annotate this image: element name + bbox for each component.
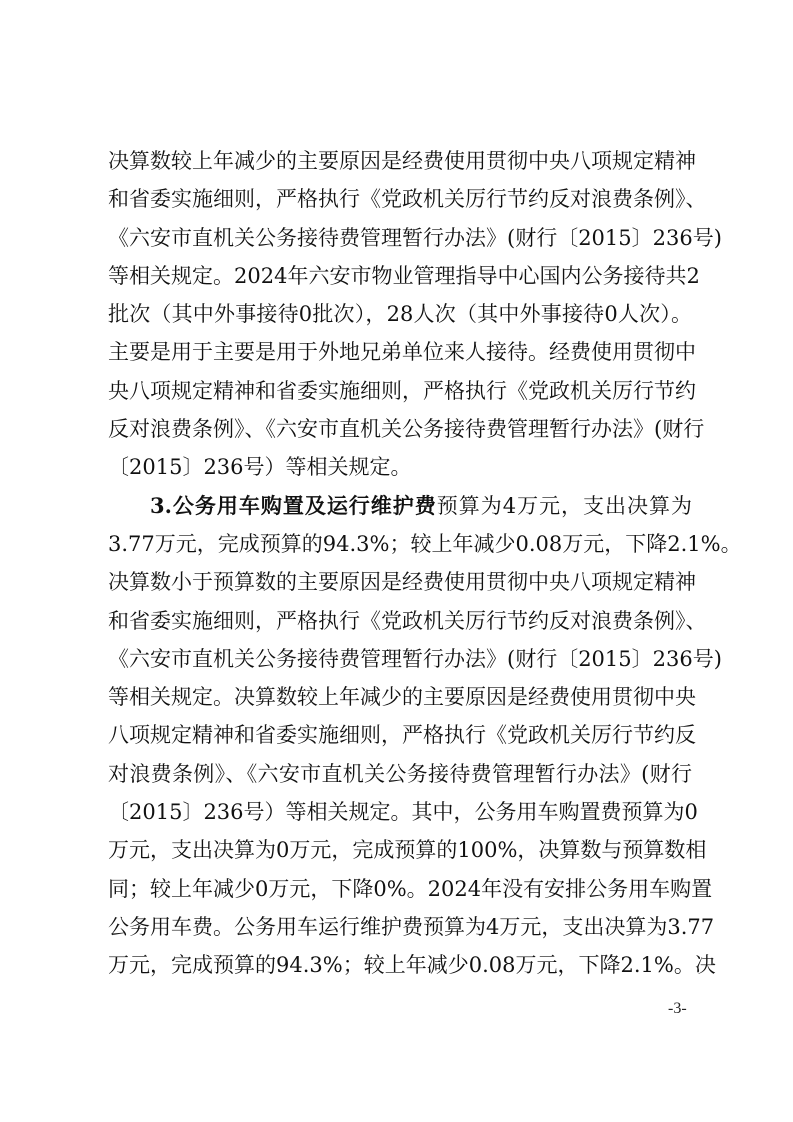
text-line: 公务用车费。公务用车运行维护费预算为4万元，支出决算为3.77 [108,908,692,946]
section-heading: 3.公务用车购置及运行维护费 [150,493,437,518]
text-line: 〔2015〕236号）等相关规定。 [108,448,692,486]
document-page: 决算数较上年减少的主要原因是经费使用贯彻中央八项规定精神 和省委实施细则，严格执… [0,0,793,1122]
text-line: 3.77万元，完成预算的94.3%；较上年减少0.08万元，下降2.1%。 [108,525,692,563]
text-line: 等相关规定。2024年六安市物业管理指导中心国内公务接待共2 [108,257,692,295]
text-line: 和省委实施细则，严格执行《党政机关厉行节约反对浪费条例》、 [108,180,692,218]
text-line: 决算数小于预算数的主要原因是经费使用贯彻中央八项规定精神 [108,563,692,601]
text-line: 八项规定精神和省委实施细则，严格执行《党政机关厉行节约反 [108,716,692,754]
text-line: 主要是用于主要是用于外地兄弟单位来人接待。经费使用贯彻中 [108,333,692,371]
text-line: 批次（其中外事接待0批次），28人次（其中外事接待0人次）。 [108,295,692,333]
section-first-line: 3.公务用车购置及运行维护费预算为4万元，支出决算为 [108,487,692,525]
text-line: 万元，支出决算为0万元，完成预算的100%，决算数与预算数相 [108,831,692,869]
text-line: 万元，完成预算的94.3%；较上年减少0.08万元，下降2.1%。决 [108,946,692,984]
text-line: 对浪费条例》、《六安市直机关公务接待费管理暂行办法》(财行 [108,755,692,793]
page-number: -3- [668,1000,687,1018]
text-run: 预算为4万元，支出决算为 [437,494,692,518]
text-line: 〔2015〕236号）等相关规定。其中，公务用车购置费预算为0 [108,793,692,831]
text-line: 和省委实施细则，严格执行《党政机关厉行节约反对浪费条例》、 [108,602,692,640]
text-line: 反对浪费条例》、《六安市直机关公务接待费管理暂行办法》(财行 [108,410,692,448]
document-body: 决算数较上年减少的主要原因是经费使用贯彻中央八项规定精神 和省委实施细则，严格执… [108,142,692,985]
text-line: 央八项规定精神和省委实施细则，严格执行《党政机关厉行节约 [108,372,692,410]
text-line: 《六安市直机关公务接待费管理暂行办法》(财行〔2015〕236号) [108,640,692,678]
text-line: 等相关规定。决算数较上年减少的主要原因是经费使用贯彻中央 [108,678,692,716]
text-line: 同；较上年减少0万元，下降0%。2024年没有安排公务用车购置 [108,870,692,908]
text-line: 《六安市直机关公务接待费管理暂行办法》(财行〔2015〕236号) [108,219,692,257]
text-line: 决算数较上年减少的主要原因是经费使用贯彻中央八项规定精神 [108,142,692,180]
